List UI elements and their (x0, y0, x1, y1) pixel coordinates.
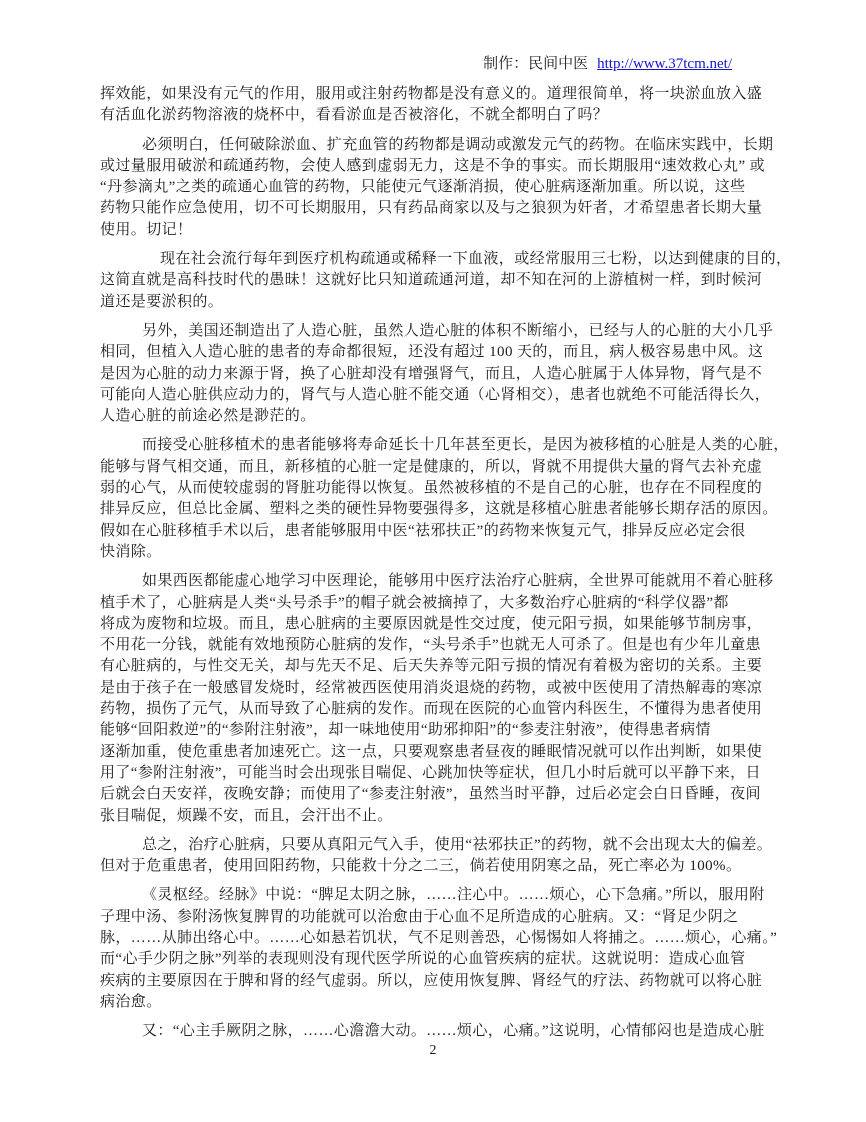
text-line: “丹参滴丸”之类的疏通心血管的药物，只能使元气逐渐消损，使心脏病逐渐加重。所以说… (100, 177, 766, 198)
text-line: 挥效能，如果没有元气的作用，服用或注射药物都是没有意义的。道理很简单，将一块淤血… (100, 84, 766, 105)
text-line: 子理中汤、参附汤恢复脾胃的功能就可以治愈由于心血不足所造成的心脏病。又：“肾足少… (100, 907, 766, 928)
text-line: 是由于孩子在一般感冒发烧时，经常被西医使用消炎退烧的药物，或被中医使用了清热解毒… (100, 678, 766, 699)
text-line: 张目喘促，烦躁不安，而且，会汗出不止。 (100, 806, 766, 827)
text-line: 排异反应，但总比金属、塑料之类的硬性异物要强得多，这就是移植心脏患者能够长期存活… (100, 499, 766, 520)
document-body: 挥效能，如果没有元气的作用，服用或注射药物都是没有意义的。道理很简单，将一块淤血… (100, 84, 766, 1050)
paragraph: 现在社会流行每年到医疗机构疏通或稀释一下血液，或经常服用三七粉，以达到健康的目的… (100, 249, 766, 313)
header-maker-label: 制作：民间中医 (483, 56, 588, 72)
text-line: 人造心脏的前途必然是渺茫的。 (100, 406, 766, 427)
text-line: 而“心手少阴之脉”列举的表现则没有现代医学所说的心血管疾病的症状。这就说明：造成… (100, 949, 766, 970)
text-line: 是因为心脏的动力来源于肾，换了心脏却没有增强肾气，而且，人造心脏属于人体异物，肾… (100, 364, 766, 385)
text-line: 不用花一分钱，就能有效地预防心脏病的发作，“头号杀手”也就无人可杀了。但是也有少… (100, 635, 766, 656)
text-line: 病治愈。 (100, 992, 766, 1013)
paragraph: 又：“心主手厥阴之脉，……心澹澹大动。……烦心，心痛。”这说明，心情郁闷也是造成… (100, 1021, 766, 1042)
text-line: 又：“心主手厥阴之脉，……心澹澹大动。……烦心，心痛。”这说明，心情郁闷也是造成… (100, 1021, 766, 1042)
page-header: 制作：民间中医http://www.37tcm.net/ (100, 54, 732, 74)
text-line: 用了“参附注射液”，可能当时会出现张目喘促、心跳加快等症状，但几小时后就可以平静… (100, 763, 766, 784)
text-line: 疾病的主要原因在于脾和肾的经气虚弱。所以，应使用恢复脾、肾经气的疗法、药物就可以… (100, 971, 766, 992)
text-line: 植手术了，心脏病是人类“头号杀手”的帽子就会被摘掉了，大多数治疗心脏病的“科学仪… (100, 593, 766, 614)
text-line: 相同，但植入人造心脏的患者的寿命都很短，还没有超过 100 天的，而且，病人极容… (100, 342, 766, 363)
paragraph: 另外，美国还制造出了人造心脏，虽然人造心脏的体积不断缩小，已经与人的心脏的大小几… (100, 321, 766, 427)
document-page: 制作：民间中医http://www.37tcm.net/ 挥效能，如果没有元气的… (0, 0, 866, 1122)
paragraph: 必须明白，任何破除淤血、扩充血管的药物都是调动或激发元气的药物。在临床实践中，长… (100, 135, 766, 241)
text-line: 另外，美国还制造出了人造心脏，虽然人造心脏的体积不断缩小，已经与人的心脏的大小几… (100, 321, 766, 342)
text-line: 将成为废物和垃圾。而且，患心脏病的主要原因就是性交过度，使元阳亏损，如果能够节制… (100, 614, 766, 635)
text-line: 道还是要淤积的。 (100, 292, 766, 313)
text-line: 但对于危重患者，使用回阳药物，只能救十分之二三，倘若使用阴寒之品，死亡率必为 1… (100, 856, 766, 877)
text-line: 如果西医都能虚心地学习中医理论，能够用中医疗法治疗心脏病，全世界可能就用不着心脏… (100, 571, 766, 592)
text-line: 有心脏病的，与性交无关，却与先天不足、后天失养等元阳亏损的情况有着极为密切的关系… (100, 656, 766, 677)
paragraph: 《灵枢经。经脉》中说：“脾足太阴之脉，……注心中。……烦心，心下急痛。”所以，服… (100, 885, 766, 1013)
text-line: 必须明白，任何破除淤血、扩充血管的药物都是调动或激发元气的药物。在临床实践中，长… (100, 135, 766, 156)
paragraph: 总之，治疗心脏病，只要从真阳元气入手，使用“祛邪扶正”的药物，就不会出现太大的偏… (100, 835, 766, 878)
text-line: 总之，治疗心脏病，只要从真阳元气入手，使用“祛邪扶正”的药物，就不会出现太大的偏… (100, 835, 766, 856)
text-line: 脉，……从肺出络心中。……心如悬若饥状，气不足则善恐，心惕惕如人将捕之。……烦心… (100, 928, 766, 949)
text-line: 能够与肾气相交通，而且，新移植的心脏一定是健康的，所以，肾就不用提供大量的肾气去… (100, 457, 766, 478)
header-site-link[interactable]: http://www.37tcm.net/ (597, 56, 732, 72)
text-line: 弱的心气，从而使较虚弱的肾脏功能得以恢复。虽然被移植的不是自己的心脏，也存在不同… (100, 478, 766, 499)
text-line: 可能向人造心脏供应动力的，肾气与人造心脏不能交通（心肾相交），患者也就绝不可能活… (100, 385, 766, 406)
page-number: 2 (0, 1042, 866, 1060)
text-line: 假如在心脏移植手术以后，患者能够服用中医“祛邪扶正”的药物来恢复元气，排异反应必… (100, 521, 766, 542)
paragraph: 挥效能，如果没有元气的作用，服用或注射药物都是没有意义的。道理很简单，将一块淤血… (100, 84, 766, 127)
text-line: 能够“回阳救逆”的“参附注射液”，却一味地使用“助邪抑阳”的“参麦注射液”，使得… (100, 720, 766, 741)
text-line: 药物，损伤了元气，从而导致了心脏病的发作。而现在医院的心血管内科医生，不懂得为患… (100, 699, 766, 720)
text-line: 后就会白天安祥，夜晚安静；而使用了“参麦注射液”，虽然当时平静，过后必定会白日昏… (100, 784, 766, 805)
text-line: 这简直就是高科技时代的愚昧！这就好比只知道疏通河道，却不知在河的上游植树一样，到… (100, 270, 766, 291)
text-line: 或过量服用破淤和疏通药物，会使人感到虚弱无力，这是不争的事实。而长期服用“速效救… (100, 156, 766, 177)
text-line: 《灵枢经。经脉》中说：“脾足太阴之脉，……注心中。……烦心，心下急痛。”所以，服… (100, 885, 766, 906)
paragraph: 如果西医都能虚心地学习中医理论，能够用中医疗法治疗心脏病，全世界可能就用不着心脏… (100, 571, 766, 827)
text-line: 快消除。 (100, 542, 766, 563)
text-line: 使用。切记！ (100, 220, 766, 241)
text-line: 有活血化淤药物溶液的烧杯中，看看淤血是否被溶化，不就全都明白了吗？ (100, 105, 766, 126)
text-line: 药物只能作应急使用，切不可长期服用，只有药品商家以及与之狼狈为奸者，才希望患者长… (100, 198, 766, 219)
text-line: 现在社会流行每年到医疗机构疏通或稀释一下血液，或经常服用三七粉，以达到健康的目的… (100, 249, 766, 270)
paragraph: 而接受心脏移植术的患者能够将寿命延长十几年甚至更长，是因为被移植的心脏是人类的心… (100, 435, 766, 563)
text-line: 逐渐加重，使危重患者加速死亡。这一点，只要观察患者昼夜的睡眠情况就可以作出判断，… (100, 742, 766, 763)
text-line: 而接受心脏移植术的患者能够将寿命延长十几年甚至更长，是因为被移植的心脏是人类的心… (100, 435, 766, 456)
